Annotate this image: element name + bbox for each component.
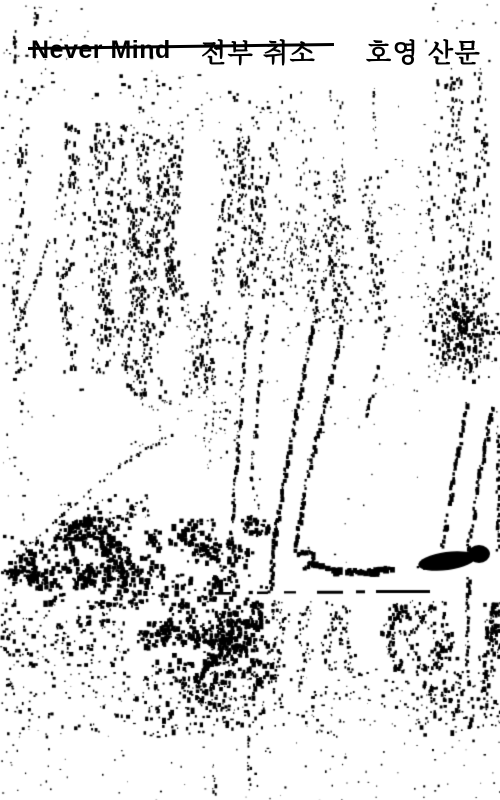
title-korean: 전부 취소 — [201, 33, 316, 70]
cover-header: Never Mind 전부 취소 호영 산문 — [0, 0, 500, 70]
cover-art-canvas — [0, 0, 500, 800]
book-cover: Never Mind 전부 취소 호영 산문 — [0, 0, 500, 800]
author-name: 호영 산문 — [366, 33, 481, 70]
title-latin: Never Mind — [31, 36, 171, 65]
